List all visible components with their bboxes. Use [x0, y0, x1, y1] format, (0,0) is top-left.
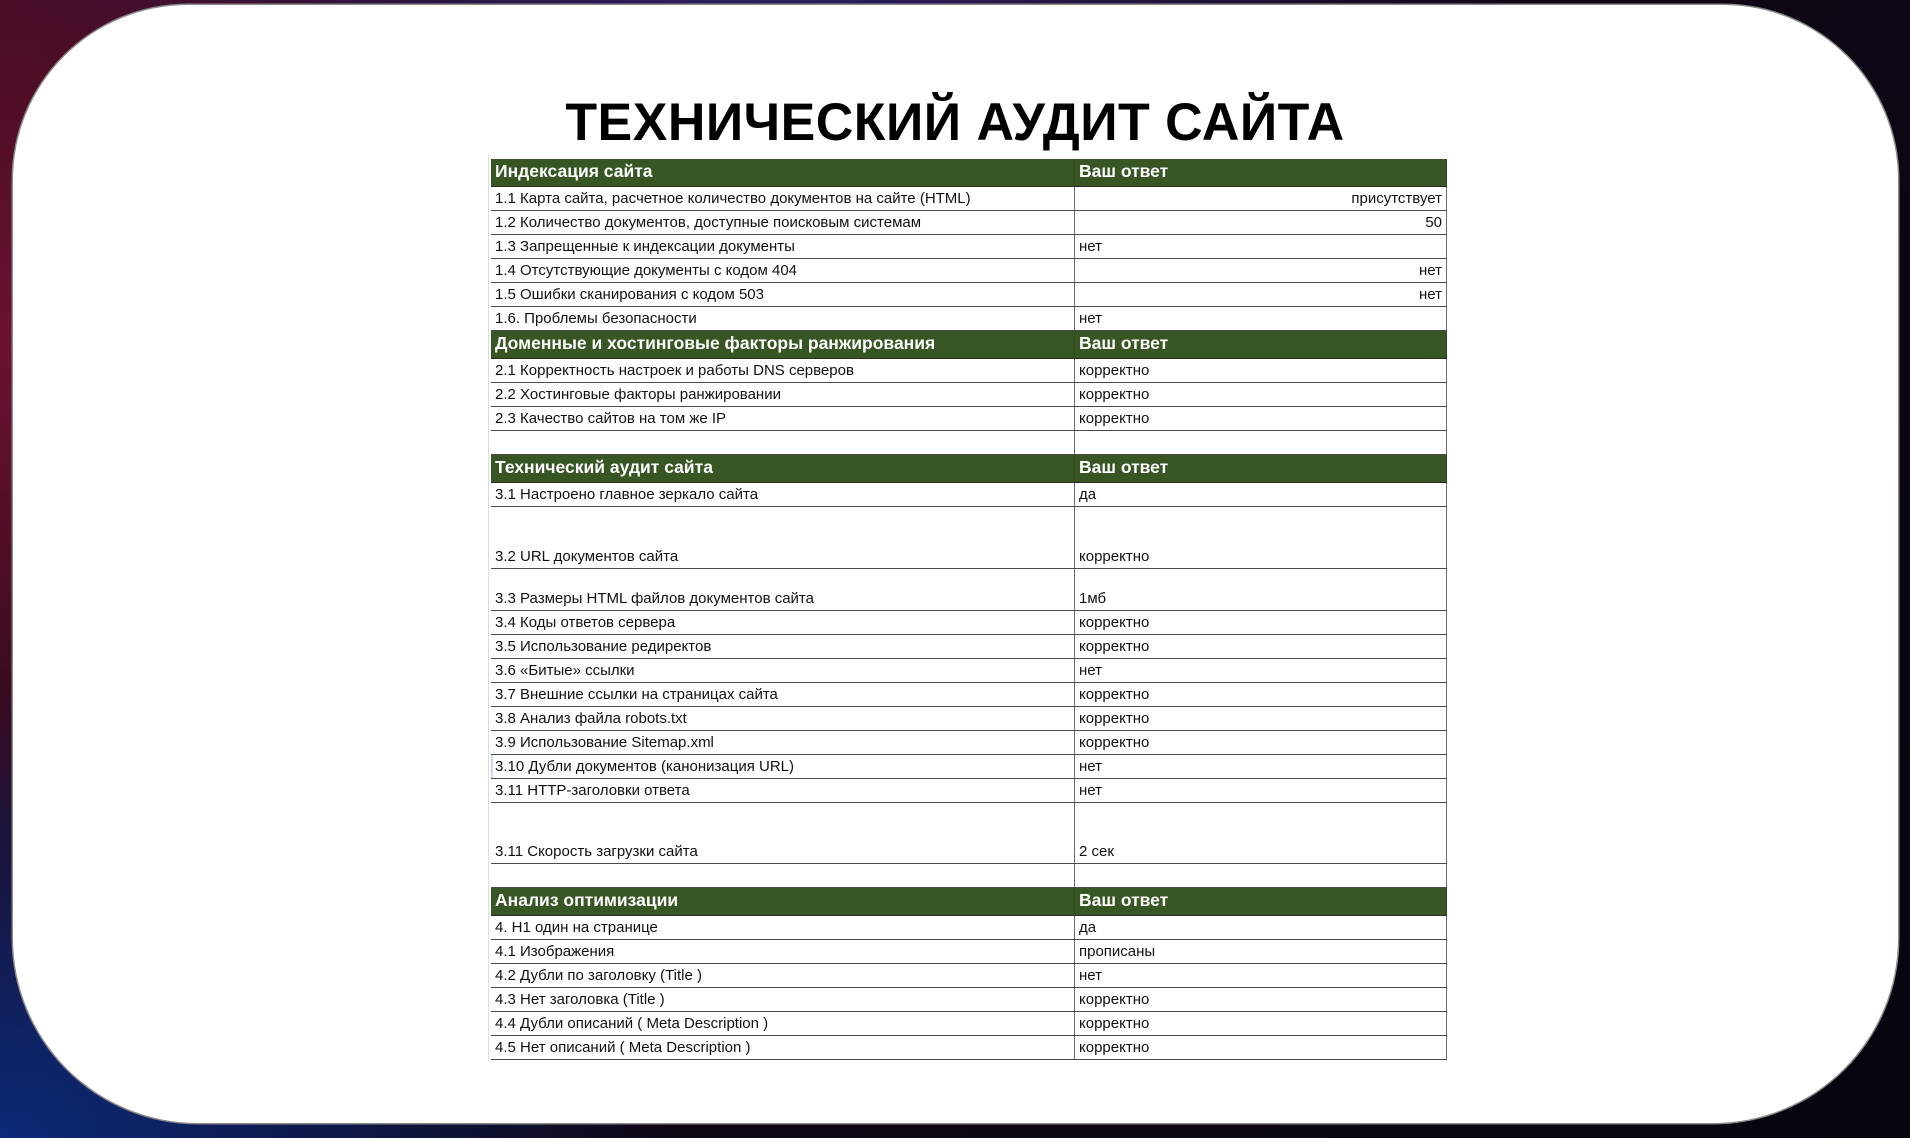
row-label[interactable]: 2.1 Корректность настроек и работы DNS с… — [491, 359, 1075, 382]
row-answer[interactable]: нет — [1075, 283, 1447, 306]
table-row[interactable]: 1.3 Запрещенные к индексации документыне… — [491, 235, 1447, 259]
table-row[interactable]: 3.7 Внешние ссылки на страницах сайтакор… — [491, 683, 1447, 707]
row-answer[interactable]: 2 сек — [1075, 803, 1447, 863]
row-label[interactable]: 3.2 URL документов сайта — [491, 507, 1075, 568]
row-label[interactable]: 2.2 Хостинговые факторы ранжировании — [491, 383, 1075, 406]
empty-row[interactable] — [491, 864, 1447, 888]
row-label[interactable]: 3.8 Анализ файла robots.txt — [491, 707, 1075, 730]
section-header-indexing: Индексация сайта Ваш ответ — [491, 159, 1447, 187]
table-row[interactable]: 3.5 Использование редиректовкорректно — [491, 635, 1447, 659]
row-label[interactable]: 3.3 Размеры HTML файлов документов сайта — [491, 569, 1075, 610]
row-answer[interactable]: 1мб — [1075, 569, 1447, 610]
row-answer[interactable]: нет — [1075, 755, 1447, 778]
answer-column-header: Ваш ответ — [1075, 331, 1447, 358]
row-label[interactable]: 3.7 Внешние ссылки на страницах сайта — [491, 683, 1075, 706]
table-row[interactable]: 3.9 Использование Sitemap.xmlкорректно — [491, 731, 1447, 755]
row-answer[interactable]: нет — [1075, 259, 1447, 282]
row-answer[interactable]: корректно — [1075, 507, 1447, 568]
answer-column-header: Ваш ответ — [1075, 159, 1447, 186]
row-label[interactable]: 3.10 Дубли документов (канонизация URL) — [491, 755, 1075, 778]
row-answer[interactable]: корректно — [1075, 731, 1447, 754]
row-answer[interactable]: прописаны — [1075, 940, 1447, 963]
table-row[interactable]: 2.1 Корректность настроек и работы DNS с… — [491, 359, 1447, 383]
row-answer[interactable]: корректно — [1075, 683, 1447, 706]
row-label[interactable]: 3.11 HTTP-заголовки ответа — [491, 779, 1075, 802]
row-answer[interactable]: корректно — [1075, 635, 1447, 658]
table-row[interactable]: 3.11 HTTP-заголовки ответанет — [491, 779, 1447, 803]
section-title: Анализ оптимизации — [491, 888, 1075, 915]
table-row[interactable]: 2.3 Качество сайтов на том же IPкорректн… — [491, 407, 1447, 431]
row-label[interactable] — [491, 431, 1075, 454]
row-answer[interactable]: нет — [1075, 964, 1447, 987]
row-label[interactable]: 4. H1 один на странице — [491, 916, 1075, 939]
table-row[interactable]: 4. H1 один на страницеда — [491, 916, 1447, 940]
row-label[interactable]: 3.4 Коды ответов сервера — [491, 611, 1075, 634]
table-row[interactable]: 3.3 Размеры HTML файлов документов сайта… — [491, 569, 1447, 611]
row-label[interactable]: 4.3 Нет заголовка (Title ) — [491, 988, 1075, 1011]
row-answer[interactable] — [1075, 864, 1447, 887]
answer-column-header: Ваш ответ — [1075, 455, 1447, 482]
row-label[interactable]: 1.4 Отсутствующие документы с кодом 404 — [491, 259, 1075, 282]
row-answer[interactable]: нет — [1075, 235, 1447, 258]
table-row[interactable]: 4.3 Нет заголовка (Title )корректно — [491, 988, 1447, 1012]
table-row[interactable]: 3.4 Коды ответов серверакорректно — [491, 611, 1447, 635]
table-row[interactable]: 1.2 Количество документов, доступные пои… — [491, 211, 1447, 235]
table-row[interactable]: 1.1 Карта сайта, расчетное количество до… — [491, 187, 1447, 211]
row-label[interactable]: 4.5 Нет описаний ( Meta Description ) — [491, 1036, 1075, 1059]
row-label[interactable]: 1.3 Запрещенные к индексации документы — [491, 235, 1075, 258]
row-answer[interactable]: корректно — [1075, 1036, 1447, 1059]
row-answer[interactable]: нет — [1075, 659, 1447, 682]
row-answer[interactable]: корректно — [1075, 988, 1447, 1011]
section-header-domain-hosting: Доменные и хостинговые факторы ранжирова… — [491, 331, 1447, 359]
row-answer[interactable]: корректно — [1075, 407, 1447, 430]
table-row[interactable]: 3.11 Скорость загрузки сайта2 сек — [491, 803, 1447, 864]
table-row[interactable]: 1.4 Отсутствующие документы с кодом 404н… — [491, 259, 1447, 283]
table-row[interactable]: 3.6 «Битые» ссылкинет — [491, 659, 1447, 683]
row-label[interactable]: 1.6. Проблемы безопасности — [491, 307, 1075, 330]
row-label[interactable]: 3.9 Использование Sitemap.xml — [491, 731, 1075, 754]
page-title: ТЕХНИЧЕСКИЙ АУДИТ САЙТА — [19, 92, 1891, 153]
row-label[interactable]: 2.3 Качество сайтов на том же IP — [491, 407, 1075, 430]
row-label[interactable]: 3.1 Настроено главное зеркало сайта — [491, 483, 1075, 506]
row-answer[interactable]: корректно — [1075, 383, 1447, 406]
table-row[interactable]: 1.5 Ошибки сканирования с кодом 503нет — [491, 283, 1447, 307]
empty-row[interactable] — [491, 431, 1447, 455]
section-title: Индексация сайта — [491, 159, 1075, 186]
table-row[interactable]: 4.5 Нет описаний ( Meta Description )кор… — [491, 1036, 1447, 1060]
table-row[interactable]: 4.2 Дубли по заголовку (Title )нет — [491, 964, 1447, 988]
section-header-optimization: Анализ оптимизации Ваш ответ — [491, 888, 1447, 916]
table-row[interactable]: 3.8 Анализ файла robots.txtкорректно — [491, 707, 1447, 731]
row-answer[interactable]: да — [1075, 483, 1447, 506]
row-label[interactable]: 4.4 Дубли описаний ( Meta Description ) — [491, 1012, 1075, 1035]
row-label[interactable]: 3.11 Скорость загрузки сайта — [491, 803, 1075, 863]
row-answer[interactable]: корректно — [1075, 611, 1447, 634]
audit-table: Индексация сайта Ваш ответ 1.1 Карта сай… — [491, 159, 1447, 1060]
table-row[interactable]: 3.1 Настроено главное зеркало сайтада — [491, 483, 1447, 507]
section-title: Технический аудит сайта — [491, 455, 1075, 482]
row-label[interactable]: 1.1 Карта сайта, расчетное количество до… — [491, 187, 1075, 210]
row-label[interactable] — [491, 864, 1075, 887]
row-answer[interactable]: нет — [1075, 307, 1447, 330]
row-answer[interactable]: да — [1075, 916, 1447, 939]
row-label[interactable]: 3.5 Использование редиректов — [491, 635, 1075, 658]
row-answer[interactable] — [1075, 431, 1447, 454]
table-row[interactable]: 1.6. Проблемы безопасностинет — [491, 307, 1447, 331]
row-answer[interactable]: нет — [1075, 779, 1447, 802]
row-label[interactable]: 1.2 Количество документов, доступные пои… — [491, 211, 1075, 234]
table-row[interactable]: 4.4 Дубли описаний ( Meta Description )к… — [491, 1012, 1447, 1036]
row-answer[interactable]: корректно — [1075, 1012, 1447, 1035]
answer-column-header: Ваш ответ — [1075, 888, 1447, 915]
section-title: Доменные и хостинговые факторы ранжирова… — [491, 331, 1075, 358]
row-answer[interactable]: корректно — [1075, 359, 1447, 382]
row-label[interactable]: 4.1 Изображения — [491, 940, 1075, 963]
sheet-gutter — [488, 155, 489, 1061]
section-header-technical-audit: Технический аудит сайта Ваш ответ — [491, 455, 1447, 483]
table-row[interactable]: 4.1 Изображенияпрописаны — [491, 940, 1447, 964]
row-label[interactable]: 1.5 Ошибки сканирования с кодом 503 — [491, 283, 1075, 306]
table-row[interactable]: 3.2 URL документов сайтакорректно — [491, 507, 1447, 569]
row-label[interactable]: 4.2 Дубли по заголовку (Title ) — [491, 964, 1075, 987]
row-answer[interactable]: 50 — [1075, 211, 1447, 234]
row-answer[interactable]: присутствует — [1075, 187, 1447, 210]
table-row-selected[interactable]: 3.10 Дубли документов (канонизация URL)н… — [491, 755, 1447, 779]
table-row[interactable]: 2.2 Хостинговые факторы ранжированиикорр… — [491, 383, 1447, 407]
row-answer[interactable]: корректно — [1075, 707, 1447, 730]
row-label[interactable]: 3.6 «Битые» ссылки — [491, 659, 1075, 682]
